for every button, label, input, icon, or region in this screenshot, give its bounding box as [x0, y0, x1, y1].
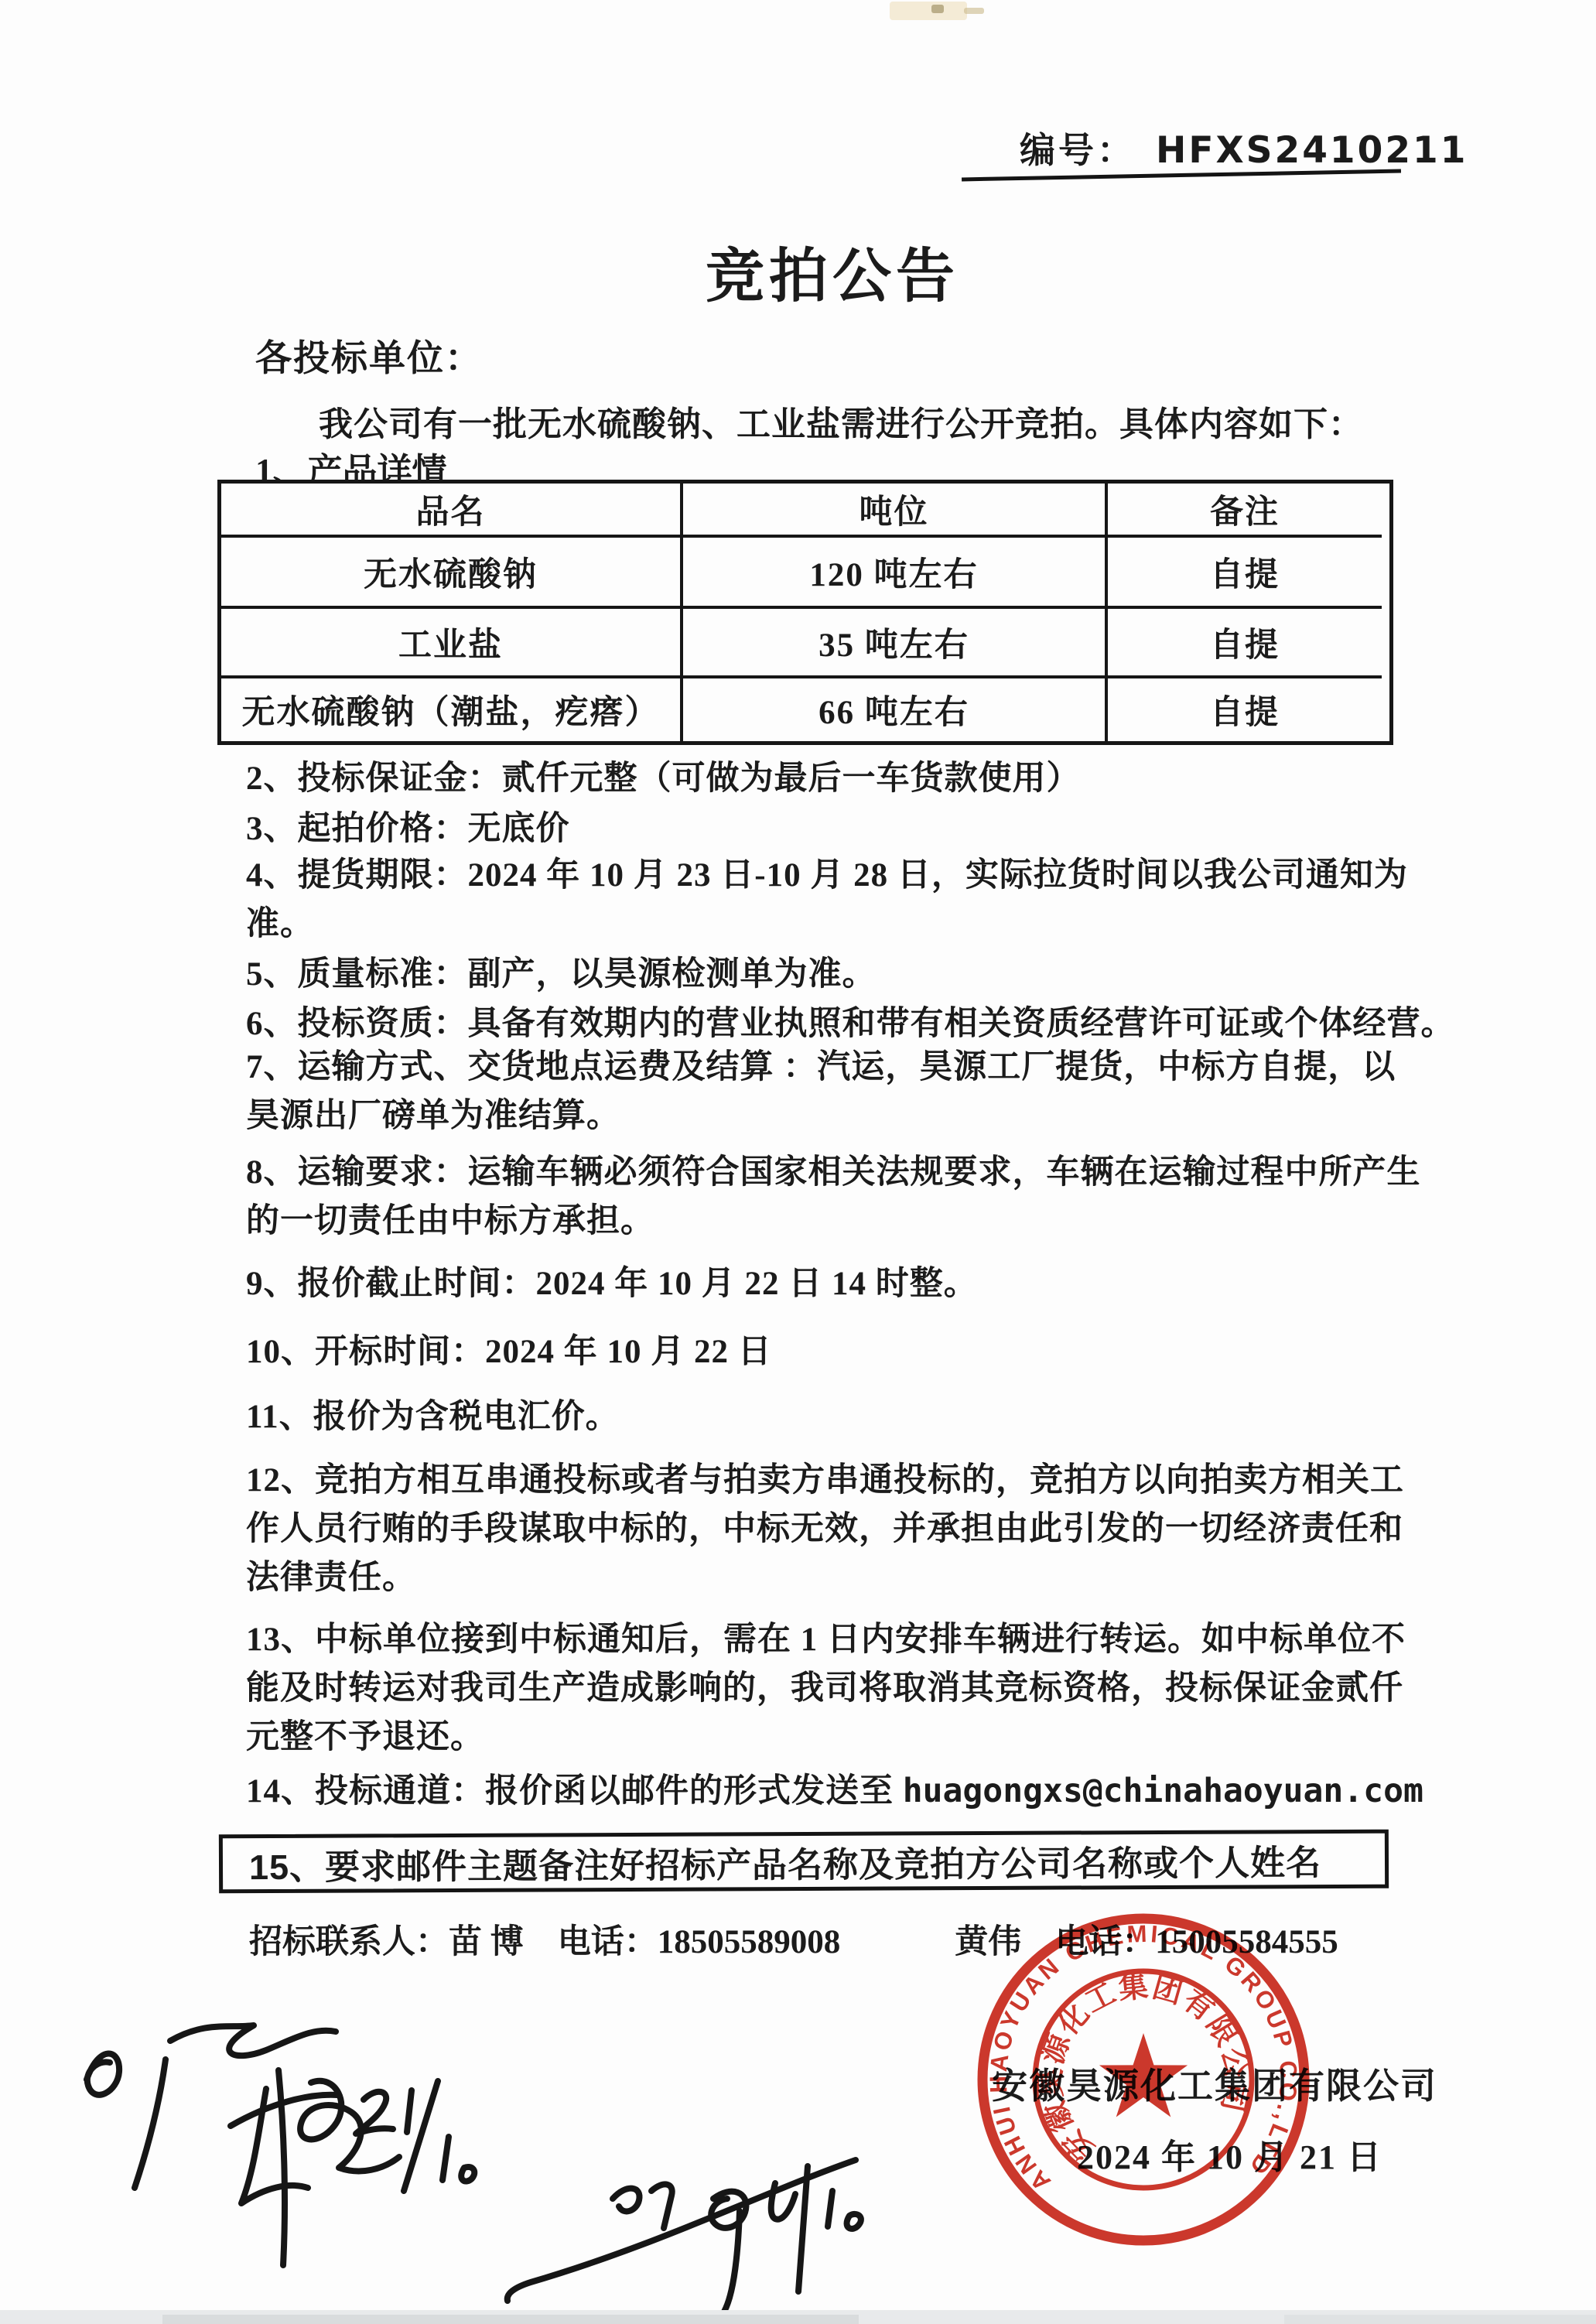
- item-3: 3、起拍价格：无底价: [246, 805, 1530, 853]
- bid-email-address: huagongxs@chinahaoyuan.com: [903, 1772, 1423, 1810]
- table-cell: 工业盐: [221, 609, 683, 678]
- scan-edge-strip: [1284, 2315, 1596, 2324]
- scan-speck: [890, 2, 967, 20]
- table-header-name: 品名: [221, 484, 683, 538]
- table-cell: 自提: [1108, 538, 1382, 609]
- item-14-text: 14、投标通道：报价函以邮件的形式发送至: [246, 1773, 903, 1810]
- table-header-remark: 备注: [1108, 484, 1382, 538]
- table-cell: 66 吨左右: [683, 678, 1108, 741]
- phone-1-number: 18505589008: [658, 1923, 841, 1961]
- item-13: 13、中标单位接到中标通知后，需在 1 日内安排车辆进行转运。如中标单位不 能及…: [246, 1615, 1530, 1762]
- table-header-tonnage: 吨位: [683, 484, 1108, 538]
- table-cell: 35 吨左右: [683, 609, 1108, 678]
- table-cell: 120 吨左右: [683, 538, 1108, 609]
- item-11: 11、报价为含税电汇价。: [246, 1393, 1530, 1441]
- document-number-label: 编号：: [1020, 122, 1136, 173]
- item-4: 4、提货期限：2024 年 10 月 23 日-10 月 28 日，实际拉货时间…: [246, 851, 1530, 948]
- table-cell: 自提: [1108, 678, 1382, 741]
- signature-right: [508, 2160, 861, 2312]
- item-10: 10、开标时间：2024 年 10 月 22 日: [246, 1328, 1530, 1376]
- document-number: 编号： HFXS2410211: [1020, 122, 1468, 173]
- intro-paragraph: 我公司有一批无水硫酸钠、工业盐需进行公开竞拍。具体内容如下：: [319, 396, 1363, 446]
- contact-name-1: 招标联系人：苗 博: [249, 1916, 524, 1963]
- table-cell: 无水硫酸钠: [221, 538, 683, 609]
- product-table: 品名 吨位 备注 无水硫酸钠 120 吨左右 自提 工业盐 35 吨左右 自提 …: [217, 480, 1393, 745]
- company-seal-stamp: ANHUI HAOYUAN CHEMICAL GROUP CO.,LTD 安徽昊…: [942, 1878, 1345, 2281]
- table-cell: 无水硫酸钠（潮盐，疙瘩）: [221, 678, 683, 741]
- item-2: 2、投标保证金：贰仟元整（可做为最后一车货款使用）: [246, 754, 1530, 803]
- document-number-value: HFXS2410211: [1156, 129, 1468, 172]
- item-8: 8、运输要求：运输车辆必须符合国家相关法规要求，车辆在运输过程中所产生 的一切责…: [246, 1148, 1530, 1246]
- item-7: 7、运输方式、交货地点运费及结算 ：汽运，昊源工厂提货，中标方自提，以 昊源出厂…: [246, 1043, 1530, 1140]
- scanned-auction-notice: 编号： HFXS2410211 竞拍公告 各投标单位： 我公司有一批无水硫酸钠、…: [0, 0, 1596, 2324]
- item-9: 9、报价截止时间：2024 年 10 月 22 日 14 时整。: [246, 1259, 1530, 1308]
- item-12: 12、竞拍方相互串通投标或者与拍卖方串通投标的，竞拍方以向拍卖方相关工 作人员行…: [246, 1456, 1530, 1602]
- handwritten-signatures: [39, 2004, 905, 2324]
- stamp-star-icon: [1099, 2033, 1188, 2117]
- signature-left: [87, 2025, 474, 2265]
- scan-edge-strip: [162, 2315, 859, 2324]
- page-title: 竞拍公告: [706, 229, 959, 313]
- item-5: 5、质量标准：副产，以昊源检测单为准。: [246, 950, 1530, 999]
- scan-speck: [964, 8, 984, 14]
- item-14: 14、投标通道：报价函以邮件的形式发送至 huagongxs@chinahaoy…: [246, 1767, 1530, 1816]
- item-6: 6、投标资质：具备有效期内的营业执照和带有相关资质经营许可证或个体经营。: [246, 1000, 1530, 1048]
- salutation: 各投标单位：: [255, 330, 483, 381]
- phone-1-label: 电话：: [558, 1916, 658, 1963]
- scan-speck: [931, 5, 944, 13]
- table-cell: 自提: [1108, 609, 1382, 678]
